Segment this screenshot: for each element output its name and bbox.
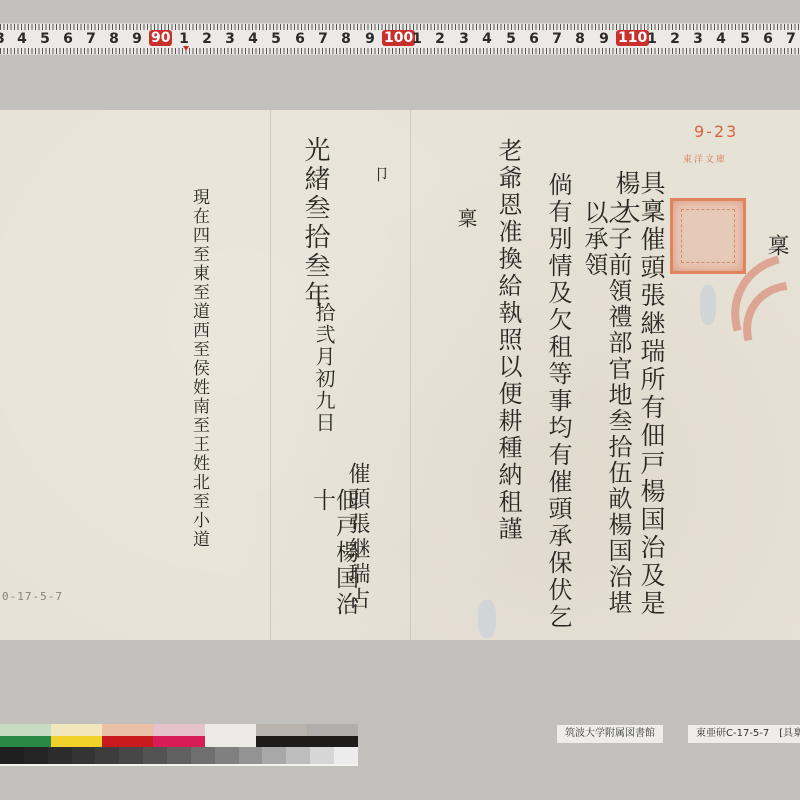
ruler-number: 7 xyxy=(81,31,101,47)
ruler-number: 8 xyxy=(104,31,124,47)
ruler-number: 6 xyxy=(758,31,778,47)
pencil-archive-number: 0-17-5-7 xyxy=(2,590,63,603)
ruler-number: 2 xyxy=(197,31,217,47)
ruler-number: 5 xyxy=(266,31,286,47)
ruler-number: 3 xyxy=(220,31,240,47)
ruler-number: 1 xyxy=(407,31,427,47)
paper-repair-patch xyxy=(700,285,716,325)
paper-repair-patch xyxy=(478,600,496,638)
signature-tenant: 佃戸楊国治十 xyxy=(310,488,356,640)
red-small-stamp: 東洋文庫 xyxy=(683,152,727,165)
ruler-number: 2 xyxy=(430,31,450,47)
right-edge-character: 稟 xyxy=(765,234,787,258)
ruler-number: 5 xyxy=(35,31,55,47)
paper-fold-line xyxy=(410,110,411,640)
ruler-number: 4 xyxy=(711,31,731,47)
catalog-label: 東亜研C-17-5-7 [具稟] xyxy=(688,725,800,743)
ruler-number: 4 xyxy=(243,31,263,47)
ruler-number: 3 xyxy=(688,31,708,47)
text-column-2: 之子前領禮部官地叁拾伍畝楊国治堪以承領 xyxy=(582,200,630,640)
ruler-number: 5 xyxy=(735,31,755,47)
ruler-number: 6 xyxy=(290,31,310,47)
paper-fold-line xyxy=(270,110,271,640)
text-column-5: 稟 xyxy=(456,208,476,230)
ruler-number: 6 xyxy=(524,31,544,47)
ruler-number: 9 xyxy=(127,31,147,47)
library-label: 筑波大学附属図書館 xyxy=(557,725,663,743)
ruler-number: 4 xyxy=(477,31,497,47)
manuscript-document: 9-23 東洋文庫 稟 具稟催頭張継瑞所有佃戸楊国治及是楊大 之子前領禮部官地叁… xyxy=(0,110,800,640)
color-chart-light-row xyxy=(0,724,358,736)
color-chart-saturated-row xyxy=(0,736,358,747)
ruler-number: 3 xyxy=(0,31,10,47)
ruler-number: 7 xyxy=(781,31,800,47)
ruler-number: 6 xyxy=(58,31,78,47)
ruler-marker-icon xyxy=(183,46,189,51)
ruler-number: 5 xyxy=(501,31,521,47)
ruler-number: 8 xyxy=(336,31,356,47)
ruler-number: 1 xyxy=(174,31,194,47)
ruler-number: 9 xyxy=(594,31,614,47)
ruler-number: 7 xyxy=(313,31,333,47)
ruler-number: 3 xyxy=(454,31,474,47)
text-column-3: 倘有別情及欠租等事均有催頭承保伏乞 xyxy=(546,172,570,631)
measuring-ruler: 3 4 5 6 7 8 9 90 1 2 3 4 5 6 7 8 9 100 1… xyxy=(0,23,800,55)
date-column-day: 拾弐月初九日 xyxy=(314,302,334,434)
ruler-number: 2 xyxy=(665,31,685,47)
red-seal-stamp xyxy=(670,198,746,274)
red-catalog-number: 9-23 xyxy=(694,122,738,141)
color-calibration-chart xyxy=(0,724,358,766)
text-column-4: 老爺恩准換給執照以便耕種納租謹 xyxy=(496,138,520,543)
boundaries-column: 現在四至東至道西至侯姓南至王姓北至小道 xyxy=(190,188,207,549)
date-column-year: 光緒叁拾叁年 xyxy=(302,136,328,310)
ruler-number: 1 xyxy=(642,31,662,47)
ruler-number: 9 xyxy=(360,31,380,47)
check-mark: 卩 xyxy=(372,166,388,184)
ruler-number: 4 xyxy=(12,31,32,47)
ruler-major-number: 90 xyxy=(149,30,172,46)
ruler-ticks-bottom xyxy=(0,48,800,54)
color-chart-grayscale-row xyxy=(0,747,358,764)
ruler-number: 8 xyxy=(570,31,590,47)
ruler-number: 7 xyxy=(547,31,567,47)
